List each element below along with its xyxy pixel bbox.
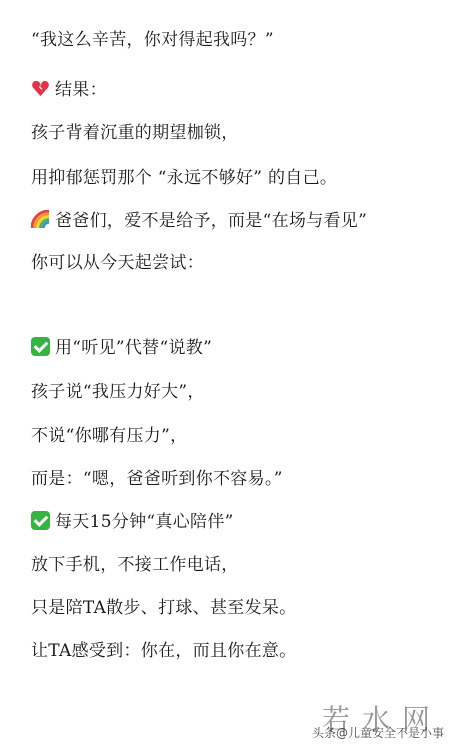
paragraph-line: 放下手机，不接工作电话， [31,554,239,576]
line-text: 孩子背着沉重的期望枷锁， [31,123,239,143]
section-heading: 爸爸们，爱不是给予，而是“在场与看见” [31,210,367,232]
rainbow-icon [31,210,50,229]
watermark-source: 头条@儿童安全不是小事 [312,724,444,741]
tip-heading: 每天15分钟“真心陪伴” [31,511,234,533]
line-text: 你可以从今天起尝试： [31,253,204,273]
paragraph-line: 不说“你哪有压力”， [31,425,187,447]
watermark: 若水网 头条@儿童安全不是小事 ··· [310,698,450,750]
line-text: 孩子说“我压力好大”， [31,382,205,402]
line-text: 让TA感受到：你在，而且你在意。 [31,641,297,661]
line-text: “我这么辛苦，你对得起我吗？” [31,30,274,50]
paragraph-line: 用抑郁惩罚那个 “永远不够好” 的自己。 [31,167,337,189]
line-text: 只是陪TA散步、打球、甚至发呆。 [31,598,297,618]
line-text: 而是：“嗯，爸爸听到你不容易。” [31,469,283,489]
paragraph-line: 孩子背着沉重的期望枷锁， [31,122,239,144]
line-text: 爸爸们，爱不是给予，而是“在场与看见” [55,211,367,231]
paragraph-line: 而是：“嗯，爸爸听到你不容易。” [31,468,283,490]
paragraph-line: 孩子说“我压力好大”， [31,381,205,403]
paragraph-line: 你可以从今天起尝试： [31,252,204,274]
line-text: 放下手机，不接工作电话， [31,555,239,575]
watermark-subtext: ··· [330,741,389,747]
line-text: 结果： [55,80,107,100]
check-mark-icon [31,511,50,530]
line-text: 用“听见”代替“说教” [55,338,212,358]
check-mark-icon [31,337,50,356]
tip-heading: 用“听见”代替“说教” [31,337,212,359]
line-text: 用抑郁惩罚那个 “永远不够好” 的自己。 [31,168,337,188]
paragraph-line: 让TA感受到：你在，而且你在意。 [31,640,297,662]
broken-heart-icon [31,79,50,98]
paragraph-line: 只是陪TA散步、打球、甚至发呆。 [31,597,297,619]
line-text: 不说“你哪有压力”， [31,426,187,446]
result-heading: 结果： [31,79,107,101]
line-text: 每天15分钟“真心陪伴” [55,512,234,532]
quote-line: “我这么辛苦，你对得起我吗？” [31,29,274,51]
